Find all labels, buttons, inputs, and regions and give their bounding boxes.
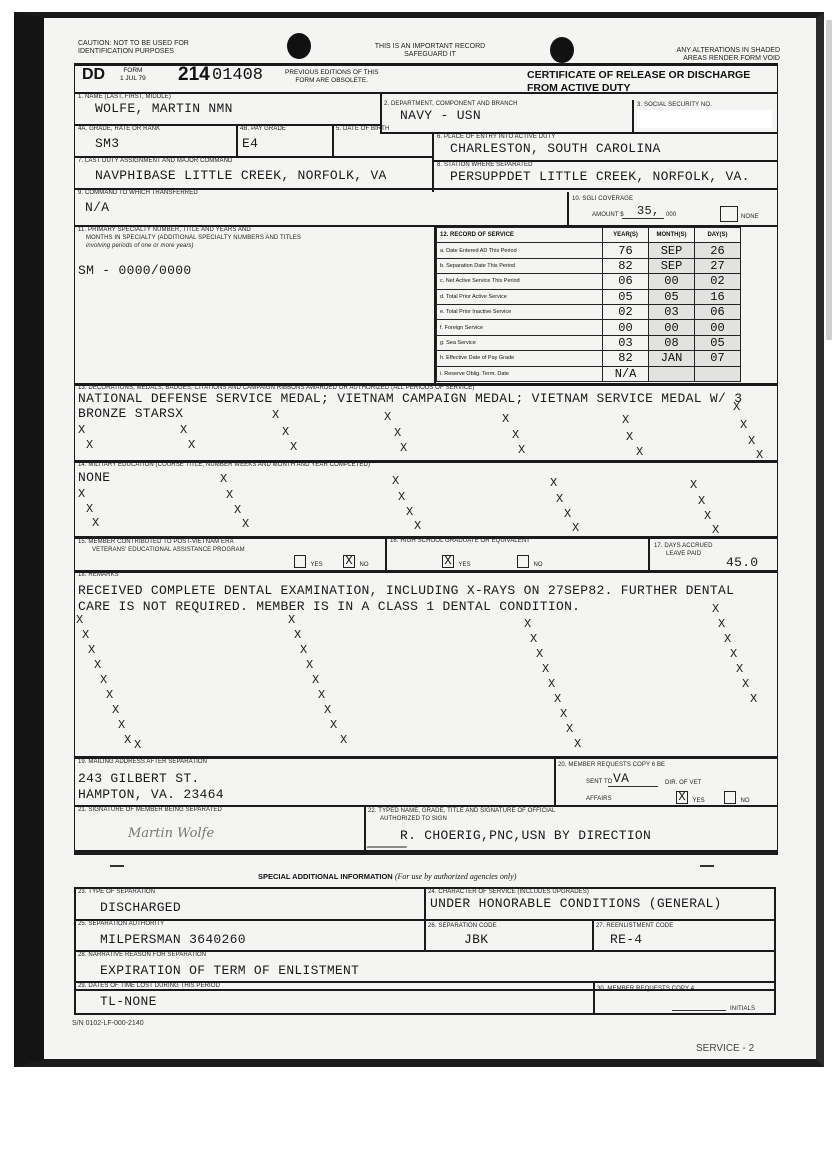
table-row: b. Separation Date This Period 82 SEP 27 <box>437 258 741 273</box>
rule <box>74 570 778 573</box>
name-label: 1. NAME (Last, first, middle) <box>78 94 171 100</box>
year-cell[interactable]: 06 <box>603 274 649 289</box>
x-mark: X <box>392 474 399 488</box>
caution-notice: CAUTION: NOT TO BE USED FOR IDENTIFICATI… <box>78 40 189 55</box>
year-cell[interactable]: 82 <box>603 258 649 273</box>
grade-value[interactable]: SM3 <box>95 136 119 151</box>
specialty-label-1: 11. PRIMARY SPECIALTY NUMBER, TITLE AND … <box>78 227 301 235</box>
x-mark: X <box>100 673 107 687</box>
station-separated-label: 8. STATION WHERE SEPARATED <box>437 162 533 168</box>
year-cell[interactable]: 03 <box>603 335 649 350</box>
important-record-notice: THIS IS AN IMPORTANT RECORD SAFEGUARD IT <box>345 43 515 58</box>
station-separated-value[interactable]: PERSUPPDET LITTLE CREEK, NORFOLK, VA. <box>450 169 750 184</box>
dir-vet-label: DIR. OF VET <box>665 780 701 786</box>
x-mark: X <box>556 492 563 506</box>
rule <box>632 100 634 132</box>
table-row: d. Total Prior Active Service 05 05 16 <box>437 289 741 304</box>
copy4-label: 30. MEMBER REQUESTS COPY 4 <box>597 986 694 992</box>
x-mark: X <box>730 647 737 661</box>
grade-label: 4a. GRADE, RATE OR RANK <box>78 126 160 132</box>
row-label: c. Net Active Service This Period <box>437 274 603 289</box>
table-row: e. Total Prior Inactive Service 02 03 06 <box>437 304 741 319</box>
x-mark: X <box>622 413 629 427</box>
special-info-title: SPECIAL ADDITIONAL INFORMATION (For use … <box>258 872 516 881</box>
affairs-label: AFFAIRS <box>586 796 612 802</box>
leave-label-2: LEAVE PAID <box>654 550 713 558</box>
x-mark: X <box>134 738 141 752</box>
day-cell[interactable]: 00 <box>695 320 741 335</box>
year-cell[interactable]: 05 <box>603 289 649 304</box>
x-mark: X <box>86 438 93 452</box>
veap-yes-option[interactable]: YES <box>294 553 323 571</box>
type-separation-value[interactable]: DISCHARGED <box>100 900 181 915</box>
month-cell[interactable]: SEP <box>649 243 695 258</box>
specialty-label-2: MONTHS IN SPECIALTY (Additional specialt… <box>78 235 301 243</box>
military-education-label: 14. MILITARY EDUCATION (Course Title, nu… <box>78 462 370 468</box>
x-mark: X <box>564 507 571 521</box>
x-mark: X <box>512 428 519 442</box>
rule <box>332 124 334 156</box>
member-signature-label: 21. SIGNATURE OF MEMBER BEING SEPARATED <box>78 807 222 813</box>
x-mark: X <box>312 673 319 687</box>
month-cell[interactable]: 05 <box>649 289 695 304</box>
x-mark: X <box>626 430 633 444</box>
x-mark: X <box>242 517 249 531</box>
x-mark: X <box>398 490 405 504</box>
high-school-yes-option[interactable]: X YES <box>442 553 471 571</box>
high-school-no-option[interactable]: NO <box>517 553 543 571</box>
leave-label-1: 17. DAYS ACCRUED <box>654 542 713 550</box>
sgli-amount-value[interactable]: 35, <box>637 204 660 218</box>
type-separation-label: 23. TYPE OF SEPARATION <box>78 889 155 895</box>
x-mark: X <box>318 688 325 702</box>
day-cell[interactable]: 27 <box>695 258 741 273</box>
copy-yes-label: YES <box>692 798 704 804</box>
table-row: i. Reserve Oblig. Term. Date N/A <box>437 366 741 381</box>
x-mark: X <box>560 707 567 721</box>
copy-sent-label: 20. MEMBER REQUESTS COPY 6 BE <box>558 762 665 768</box>
specialty-label: 11. PRIMARY SPECIALTY NUMBER, TITLE AND … <box>78 227 301 250</box>
copy-no-label: NO <box>740 798 749 804</box>
veap-label-1: 15. MEMBER CONTRIBUTED TO POST-VIETNAM E… <box>78 538 245 546</box>
member-signature[interactable]: Martin Wolfe <box>128 826 214 841</box>
month-cell[interactable]: 08 <box>649 335 695 350</box>
specialty-label-3: involving periods of one or more years) <box>78 243 301 251</box>
decorations-line-1[interactable]: NATIONAL DEFENSE SERVICE MEDAL; VIETNAM … <box>78 391 742 406</box>
high-school-yes-label: YES <box>458 562 470 568</box>
remarks-line-1[interactable]: RECEIVED COMPLETE DENTAL EXAMINATION, IN… <box>78 583 734 598</box>
authority-value[interactable]: MILPERSMAN 3640260 <box>100 932 246 947</box>
mailing-address-label: 19. MAILING ADDRESS AFTER SEPARATION <box>78 759 207 765</box>
x-mark: X <box>306 658 313 672</box>
authority-label: 25. SEPARATION AUTHORITY <box>78 921 164 927</box>
stock-number: S/N 0102-LF-000-2140 <box>72 1020 144 1027</box>
sent-to-underline <box>608 786 658 787</box>
x-mark: X <box>106 688 113 702</box>
header-year: YEAR(S) <box>603 228 649 243</box>
year-cell[interactable]: 76 <box>603 243 649 258</box>
leave-value[interactable]: 45.0 <box>726 555 758 570</box>
form-number: 214 <box>178 64 210 86</box>
row-label: i. Reserve Oblig. Term. Date <box>437 366 603 381</box>
x-mark: X <box>124 733 131 747</box>
high-school-no-label: NO <box>533 562 542 568</box>
rule <box>424 887 426 950</box>
row-label: f. Foreign Service <box>437 320 603 335</box>
remarks-label: 18. REMARKS <box>78 572 119 578</box>
x-mark: X <box>518 443 525 457</box>
remarks-line-2[interactable]: CARE IS NOT REQUIRED. MEMBER IS IN A CLA… <box>78 599 580 614</box>
reenlist-code-label: 27. REENLISTMENT CODE <box>596 923 673 929</box>
x-mark: X <box>698 494 705 508</box>
x-mark: X <box>524 617 531 631</box>
x-mark: X <box>690 478 697 492</box>
ssn-label: 3. SOCIAL SECURITY NO. <box>637 102 712 108</box>
alterations-notice: ANY ALTERATIONS IN SHADED AREAS RENDER F… <box>635 47 780 62</box>
x-mark: X <box>750 692 757 706</box>
mailing-address-line-1[interactable]: 243 GILBERT ST. <box>78 771 200 786</box>
x-mark: X <box>226 488 233 502</box>
official-label-1: 22. TYPED NAME, GRADE, TITLE AND SIGNATU… <box>368 807 555 815</box>
sgli-none-label: NONE <box>741 214 759 220</box>
rule <box>648 536 650 572</box>
x-mark: X <box>220 472 227 486</box>
place-entry-value[interactable]: CHARLESTON, SOUTH CAROLINA <box>450 141 661 156</box>
day-cell[interactable] <box>695 366 741 381</box>
important-line-1: THIS IS AN IMPORTANT RECORD <box>345 43 515 51</box>
decorations-line-2[interactable]: BRONZE STARSX <box>78 406 183 421</box>
department-value[interactable]: NAVY - USN <box>400 108 481 123</box>
x-mark: X <box>188 438 195 452</box>
table-row: c. Net Active Service This Period 06 00 … <box>437 274 741 289</box>
row-label: h. Effective Date of Pay Grade <box>437 351 603 366</box>
x-mark: X <box>733 400 740 414</box>
veap-yes-checkbox[interactable] <box>294 555 306 568</box>
leave-label: 17. DAYS ACCRUED LEAVE PAID <box>654 542 713 559</box>
x-mark: X <box>550 476 557 490</box>
x-mark: X <box>112 703 119 717</box>
caution-line-1: CAUTION: NOT TO BE USED FOR <box>78 40 189 48</box>
x-mark: X <box>574 737 581 751</box>
veap-label: 15. MEMBER CONTRIBUTED TO POST-VIETNAM E… <box>78 538 245 554</box>
year-cell[interactable]: N/A <box>603 366 649 381</box>
serial-number: 01408 <box>212 66 263 85</box>
x-mark: X <box>572 521 579 535</box>
pay-grade-label: 4b. PAY GRADE <box>240 126 286 132</box>
important-line-2: SAFEGUARD IT <box>345 51 515 59</box>
x-mark: X <box>712 523 719 537</box>
x-mark: X <box>548 677 555 691</box>
x-mark: X <box>180 423 187 437</box>
table-row: g. Sea Service 03 08 05 <box>437 335 741 350</box>
x-mark: X <box>94 658 101 672</box>
copy-no-checkbox[interactable] <box>724 791 736 804</box>
veap-no-option[interactable]: X NO <box>343 553 369 571</box>
initials-label: INITIALS <box>730 1006 755 1012</box>
x-mark: X <box>742 677 749 691</box>
x-mark: X <box>530 632 537 646</box>
month-cell[interactable]: JAN <box>649 351 695 366</box>
special-subtitle: (For use by authorized agencies only) <box>395 872 517 881</box>
veap-label-2: VETERANS' EDUCATIONAL ASSISTANCE PROGRAM <box>78 546 245 554</box>
page-edge <box>826 20 832 340</box>
special-title: SPECIAL ADDITIONAL INFORMATION <box>258 872 393 881</box>
rule <box>236 124 238 156</box>
sgli-none-checkbox[interactable] <box>720 206 738 222</box>
previous-editions-note: PREVIOUS EDITIONS OF THIS FORM ARE OBSOL… <box>285 69 378 85</box>
form-date-block: FORM 1 JUL 79 <box>120 67 146 83</box>
last-duty-value[interactable]: NAVPHIBASE LITTLE CREEK, NORFOLK, VA <box>95 168 387 183</box>
sgli-suffix: 000 <box>666 212 676 218</box>
alterations-line-2: AREAS RENDER FORM VOID <box>635 55 780 63</box>
x-mark: X <box>394 426 401 440</box>
sgli-label: 10. SGLI COVERAGE <box>572 196 633 202</box>
high-school-no-checkbox[interactable] <box>517 555 529 568</box>
rule <box>74 92 778 94</box>
department-label: 2. DEPARTMENT, COMPONENT AND BRANCH <box>384 101 518 107</box>
x-mark: X <box>78 487 85 501</box>
rule <box>592 919 594 950</box>
form-dd: DD <box>82 66 105 84</box>
x-mark: X <box>748 434 755 448</box>
initials-line[interactable] <box>672 1010 726 1011</box>
time-lost-value[interactable]: TL-NONE <box>100 994 157 1009</box>
narrative-value[interactable]: EXPIRATION OF TERM OF ENLISTMENT <box>100 963 359 978</box>
x-mark: X <box>330 718 337 732</box>
dob-label: 5. DATE OF BIRTH <box>336 126 389 132</box>
name-value[interactable]: WOLFE, MARTIN NMN <box>95 101 233 116</box>
form-word: FORM <box>120 67 146 75</box>
x-mark: X <box>234 503 241 517</box>
record-of-service-header: 12. RECORD OF SERVICE YEAR(S) MONTH(S) D… <box>437 228 741 243</box>
day-cell[interactable]: 07 <box>695 351 741 366</box>
sep-code-value[interactable]: JBK <box>464 932 488 947</box>
x-mark: X <box>86 502 93 516</box>
x-mark: X <box>400 441 407 455</box>
copy-yes-checkbox[interactable]: X <box>676 791 688 804</box>
x-mark: X <box>294 628 301 642</box>
command-transferred-label: 9. COMMAND TO WHICH TRANSFERRED <box>78 190 198 196</box>
character-value[interactable]: UNDER HONORABLE CONDITIONS (GENERAL) <box>430 896 722 911</box>
x-mark: X <box>736 662 743 676</box>
veap-yes-label: YES <box>310 562 322 568</box>
veap-no-checkbox[interactable]: X <box>343 555 355 568</box>
x-mark: X <box>88 643 95 657</box>
rule <box>554 758 556 806</box>
military-education-value[interactable]: NONE <box>78 470 110 485</box>
previous-line-2: FORM ARE OBSOLETE. <box>285 77 378 85</box>
header-month: MONTH(S) <box>649 228 695 243</box>
table-row: a. Date Entered AD This Period 76 SEP 26 <box>437 243 741 258</box>
x-mark: X <box>406 505 413 519</box>
last-duty-label: 7. LAST DUTY ASSIGNMENT AND MAJOR COMMAN… <box>78 158 232 164</box>
rule <box>593 981 595 1015</box>
high-school-yes-checkbox[interactable]: X <box>442 555 454 568</box>
x-mark: X <box>704 509 711 523</box>
header-day: DAY(S) <box>695 228 741 243</box>
x-mark: X <box>554 692 561 706</box>
official-signature-value[interactable]: R. CHOERIG,PNC,USN BY DIRECTION <box>400 828 651 843</box>
veap-no-label: NO <box>359 562 368 568</box>
sent-to-value[interactable]: VA <box>613 771 629 786</box>
form-title-line-1: CERTIFICATE OF RELEASE OR DISCHARGE <box>527 69 750 82</box>
x-mark: X <box>76 613 83 627</box>
year-cell[interactable]: 00 <box>603 320 649 335</box>
rule <box>385 536 387 572</box>
x-mark: X <box>740 418 747 432</box>
year-cell[interactable]: 82 <box>603 351 649 366</box>
x-mark: X <box>502 412 509 426</box>
day-cell[interactable]: 02 <box>695 274 741 289</box>
narrative-label: 28. NARRATIVE REASON FOR SEPARATION <box>78 952 206 958</box>
x-mark: X <box>414 519 421 533</box>
punch-hole <box>550 37 574 63</box>
sgli-underline <box>622 218 664 219</box>
command-transferred-value[interactable]: N/A <box>85 200 109 215</box>
x-mark: X <box>272 408 279 422</box>
rule <box>432 132 434 192</box>
day-cell[interactable]: 16 <box>695 289 741 304</box>
dash-mark <box>110 865 124 867</box>
month-cell[interactable]: 00 <box>649 274 695 289</box>
x-mark: X <box>712 602 719 616</box>
x-mark: X <box>636 445 643 459</box>
high-school-label: 16. HIGH SCHOOL GRADUATE OR EQUIVALENT <box>390 538 530 544</box>
x-mark: X <box>118 718 125 732</box>
x-mark: X <box>78 423 85 437</box>
copy-name: SERVICE - 2 <box>696 1043 754 1054</box>
record-of-service-table: 12. RECORD OF SERVICE YEAR(S) MONTH(S) D… <box>436 227 741 382</box>
x-mark: X <box>718 617 725 631</box>
day-cell[interactable]: 26 <box>695 243 741 258</box>
x-mark: X <box>300 643 307 657</box>
x-mark: X <box>82 628 89 642</box>
sgli-amount-label: AMOUNT $ <box>592 212 624 218</box>
x-mark: X <box>542 662 549 676</box>
table-row: f. Foreign Service 00 00 00 <box>437 320 741 335</box>
table-row: h. Effective Date of Pay Grade 82 JAN 07 <box>437 351 741 366</box>
rule <box>74 850 778 855</box>
punch-hole <box>287 33 311 59</box>
sent-to-label: SENT TO <box>586 779 612 785</box>
x-mark: X <box>324 703 331 717</box>
year-cell[interactable]: 02 <box>603 304 649 319</box>
pay-grade-value[interactable]: E4 <box>242 136 258 151</box>
caution-line-2: IDENTIFICATION PURPOSES <box>78 48 189 56</box>
dash-mark <box>700 865 714 867</box>
row-label: a. Date Entered AD This Period <box>437 243 603 258</box>
x-mark: X <box>92 516 99 530</box>
x-mark: X <box>340 733 347 747</box>
rule <box>567 192 569 225</box>
x-mark: X <box>536 647 543 661</box>
row-label: b. Separation Date This Period <box>437 258 603 273</box>
ssn-value-redacted[interactable] <box>637 110 772 128</box>
sep-code-label: 26. SEPARATION CODE <box>428 923 497 929</box>
record-of-service-title: 12. RECORD OF SERVICE <box>437 228 603 243</box>
x-mark: X <box>288 613 295 627</box>
row-label: d. Total Prior Active Service <box>437 289 603 304</box>
month-cell[interactable]: 00 <box>649 320 695 335</box>
character-label: 24. CHARACTER OF SERVICE (Includes upgra… <box>428 889 589 895</box>
alterations-line-1: ANY ALTERATIONS IN SHADED <box>635 47 780 55</box>
x-mark: X <box>724 632 731 646</box>
time-lost-label: 29. DATES OF TIME LOST DURING THIS PERIO… <box>78 983 220 989</box>
form-date: 1 JUL 79 <box>120 75 146 83</box>
month-cell[interactable] <box>649 366 695 381</box>
day-cell[interactable]: 05 <box>695 335 741 350</box>
day-cell[interactable]: 06 <box>695 304 741 319</box>
x-mark: X <box>290 440 297 454</box>
x-mark: X <box>282 425 289 439</box>
place-entry-label: 6. PLACE OF ENTRY INTO ACTIVE DUTY <box>437 134 555 140</box>
specialty-value[interactable]: SM - 0000/0000 <box>78 263 191 278</box>
month-cell[interactable]: SEP <box>649 258 695 273</box>
row-label: g. Sea Service <box>437 335 603 350</box>
month-cell[interactable]: 03 <box>649 304 695 319</box>
x-mark: X <box>384 410 391 424</box>
rule <box>364 805 366 853</box>
previous-line-1: PREVIOUS EDITIONS OF THIS <box>285 69 378 77</box>
row-label: e. Total Prior Inactive Service <box>437 304 603 319</box>
reenlist-code-value[interactable]: RE-4 <box>610 932 642 947</box>
x-mark: X <box>566 722 573 736</box>
mailing-address-line-2[interactable]: HAMPTON, VA. 23464 <box>78 787 224 802</box>
